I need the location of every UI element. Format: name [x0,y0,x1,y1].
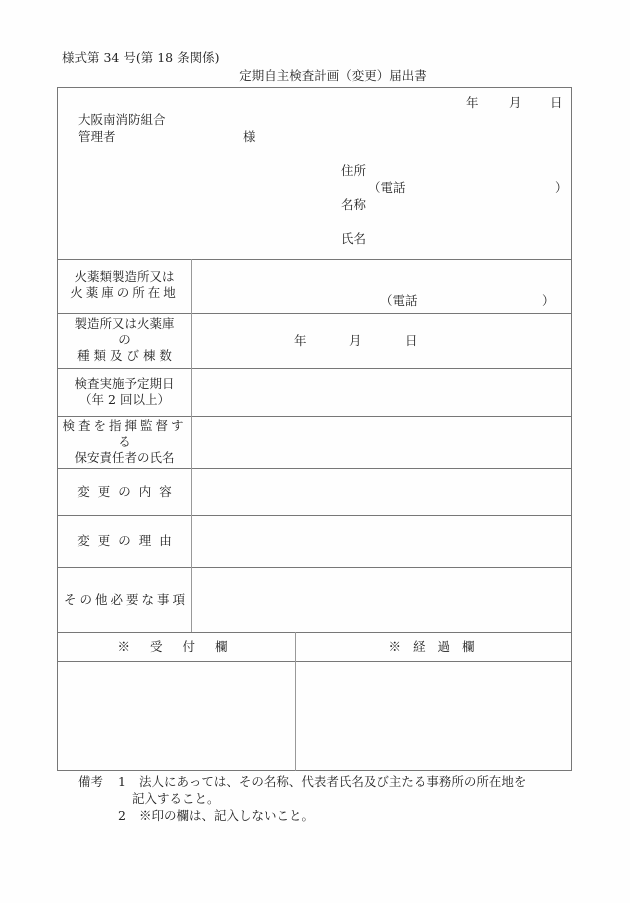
row-label-other-matters: その他必要な事項 [58,592,191,608]
divider [57,468,572,469]
notes-heading: 備考 [78,774,103,789]
note-2-text: ※印の欄は、記入しないこと。 [139,808,314,823]
form-number: 様式第 34 号(第 18 条関係) [62,48,219,66]
divider [57,567,572,568]
reception-area [59,663,294,769]
type-count-day[interactable]: 日 [405,333,418,348]
inspection-date-input[interactable] [193,370,570,415]
note-1-text-continued: 記入すること。 [132,791,220,806]
divider [57,368,572,369]
row-label-inspection-date: 検査実施予定期日 （年 2 回以上） [58,376,191,408]
divider [57,515,572,516]
divider [57,259,572,260]
location-phone-open: （電話 [380,293,418,308]
honorific: 様 [243,129,256,144]
row-label-location: 火薬類製造所又は 火薬庫の所在地 [58,269,191,301]
divider [57,416,572,417]
organization-name: 大阪南消防組合 [78,112,166,127]
note-2-number: 2 [118,808,126,823]
applicant-phone-close: ） [555,180,568,195]
progress-area [297,663,570,769]
row-label-supervisor: 検査を指揮監督す る 保安責任者の氏名 [58,418,191,466]
divider [57,661,572,662]
applicant-phone-open: （電話 [368,180,406,195]
change-reason-input[interactable] [193,517,570,566]
note-1-number: 1 [118,774,126,789]
column-divider [191,259,192,632]
divider [57,632,572,633]
other-matters-input[interactable] [193,569,570,631]
applicant-person-name-label: 氏名 [341,231,366,246]
reception-header: ※ 受 付 欄 [58,639,295,655]
row-label-type-count: 製造所又は火薬庫 の 種 類 及 び 棟 数 [58,316,191,364]
divider [57,313,572,314]
date-day[interactable]: 日 [550,95,563,110]
recipient-title: 管理者 [78,129,116,144]
progress-header: ※ 経 過 欄 [296,639,571,655]
type-count-month[interactable]: 月 [349,333,362,348]
applicant-address-label: 住所 [341,163,366,178]
date-year[interactable]: 年 [466,95,479,110]
applicant-company-name-label: 名称 [341,197,366,212]
date-month[interactable]: 月 [509,95,522,110]
location-phone-close: ） [542,293,555,308]
note-1-text: 法人にあっては、その名称、代表者氏名及び主たる事務所の所在地を [139,774,526,789]
row-label-change-content: 変更の内容 [58,484,191,500]
page-title: 定期自主検査計画（変更）届出書 [0,66,630,84]
row-label-change-reason: 変更の理由 [58,533,191,549]
type-count-year[interactable]: 年 [294,333,307,348]
change-content-input[interactable] [193,470,570,514]
supervisor-input[interactable] [193,418,570,467]
